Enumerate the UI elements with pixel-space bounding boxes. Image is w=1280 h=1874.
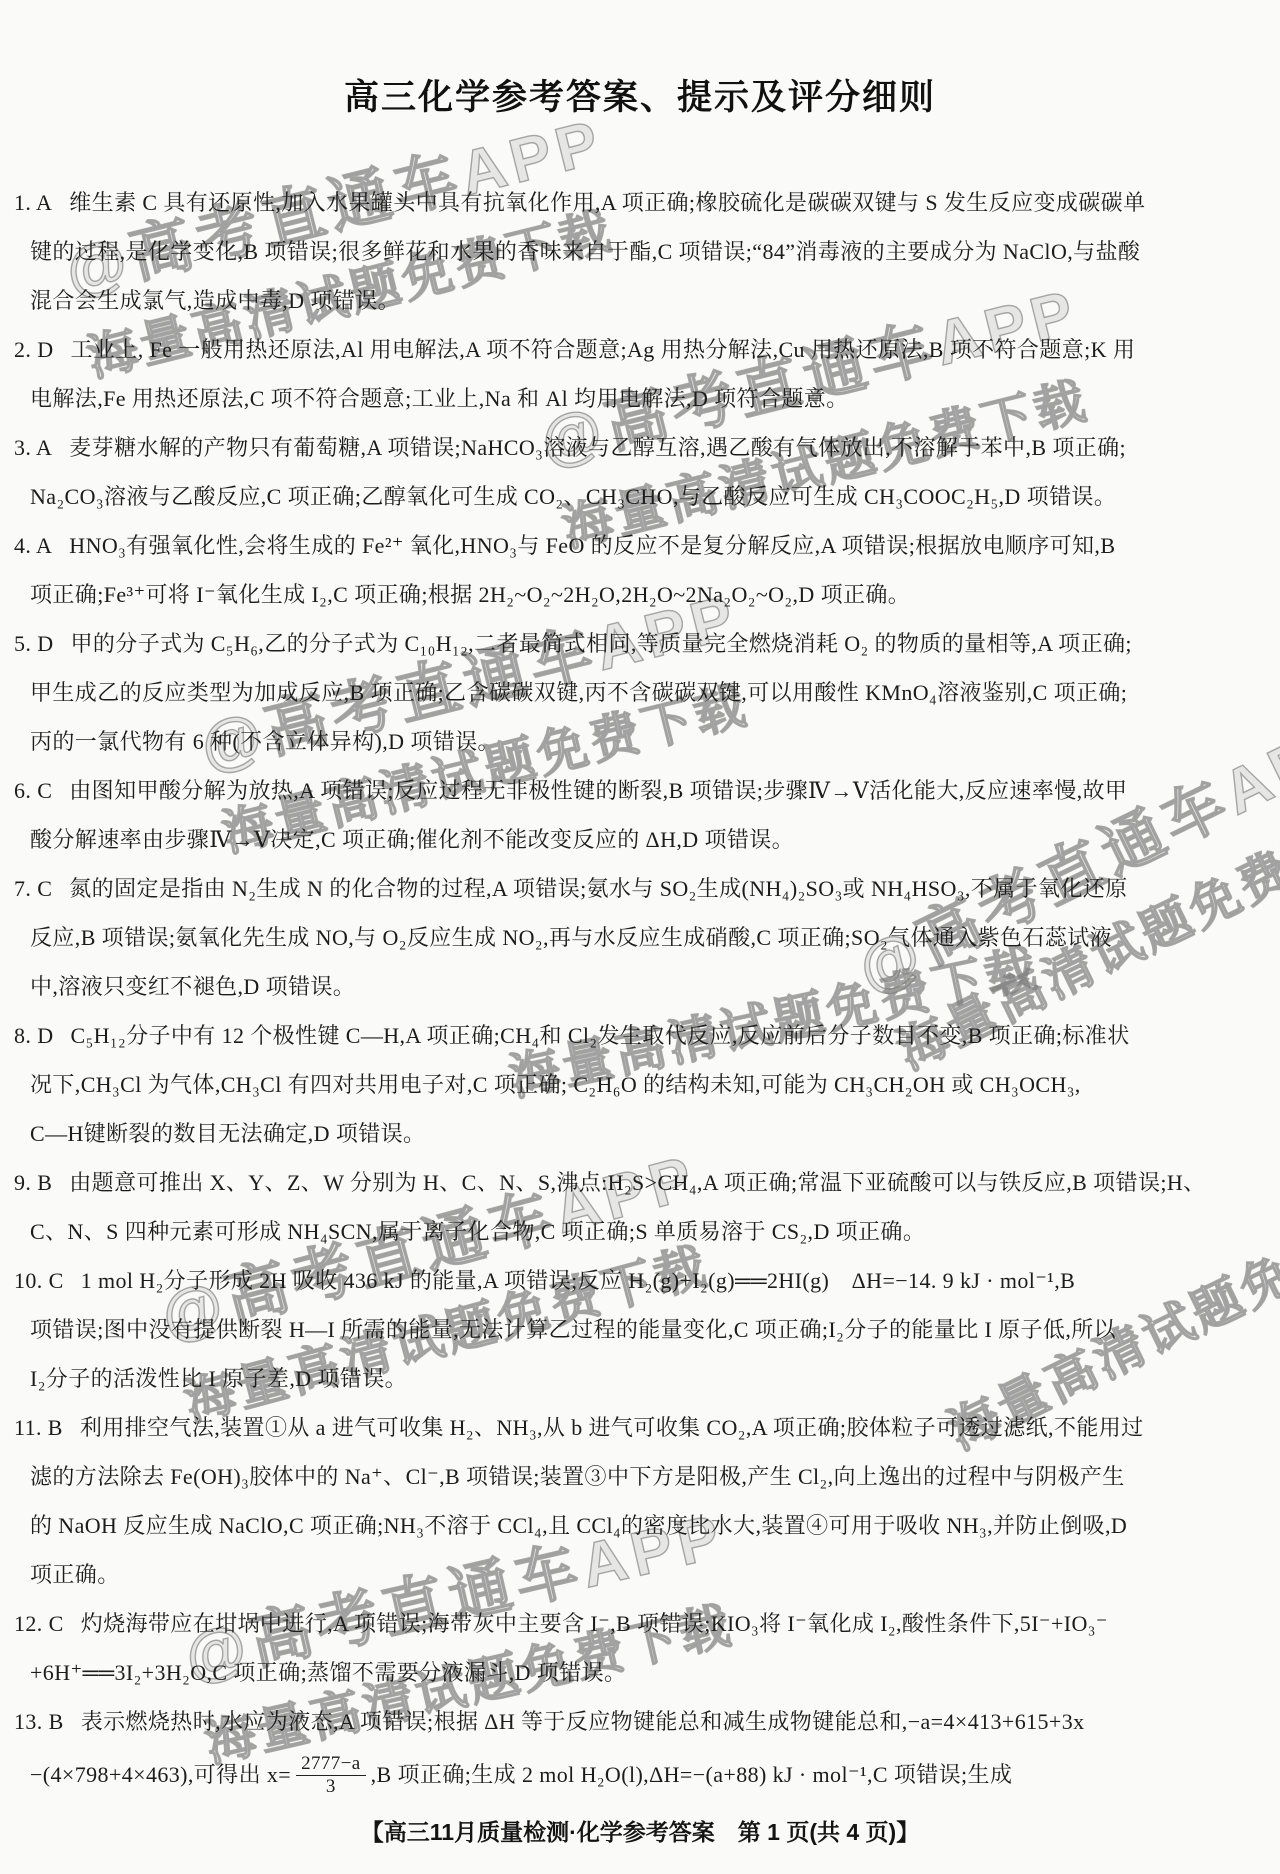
answer-line: I₂分子的活泼性比 I 原子差,D 项错误。 xyxy=(0,1354,1280,1403)
answer-sheet-page: 高三化学参考答案、提示及评分细则 1. A维生素 C 具有还原性,加入水果罐头中… xyxy=(0,0,1280,1874)
answer-text: 表示燃烧热时,水应为液态,A 项错误;根据 ΔH 等于反应物键能总和减生成物键能… xyxy=(81,1709,1085,1734)
answer-line: 11. B利用排空气法,装置①从 a 进气可收集 H₂、NH₃,从 b 进气可收… xyxy=(0,1403,1280,1452)
answer-line: 滤的方法除去 Fe(OH)₃胶体中的 Na⁺、Cl⁻,B 项错误;装置③中下方是… xyxy=(0,1452,1280,1501)
answer-line: 混合会生成氯气,造成中毒,D 项错误。 xyxy=(0,276,1280,325)
answer-line: 8. DC₅H₁₂分子中有 12 个极性键 C—H,A 项正确;CH₄和 Cl₂… xyxy=(0,1011,1280,1060)
fraction-denominator: 3 xyxy=(321,1776,341,1798)
answer-item-8: 8. DC₅H₁₂分子中有 12 个极性键 C—H,A 项正确;CH₄和 Cl₂… xyxy=(0,1011,1280,1158)
answer-number: 6. C xyxy=(14,778,52,803)
answer-line: 10. C1 mol H₂分子形成 2H 吸收 436 kJ 的能量,A 项错误… xyxy=(0,1256,1280,1305)
page-title: 高三化学参考答案、提示及评分细则 xyxy=(0,70,1280,120)
answer-line: 5. D甲的分子式为 C₅H₆,乙的分子式为 C₁₀H₁₂,二者最简式相同,等质… xyxy=(0,619,1280,668)
answer-line: 甲生成乙的反应类型为加成反应,B 项正确;乙含碳碳双键,丙不含碳碳双键,可以用酸… xyxy=(0,668,1280,717)
answer-text: 由题意可推出 X、Y、Z、W 分别为 H、C、N、S,沸点:H₂S>CH₄,A … xyxy=(69,1170,1205,1195)
answer-line: Na₂CO₃溶液与乙酸反应,C 项正确;乙醇氧化可生成 CO₂、CH₃CHO,与… xyxy=(0,472,1280,521)
answer-number: 5. D xyxy=(14,631,54,656)
page-footer: 【高三11月质量检测·化学参考答案 第 1 页(共 4 页)】 xyxy=(0,1814,1280,1847)
answer-line-with-fraction: −(4×798+4×463),可得出 x=2777−a3,B 项正确;生成 2 … xyxy=(0,1746,1280,1804)
answer-line: 电解法,Fe 用热还原法,C 项不符合题意;工业上,Na 和 Al 均用电解法,… xyxy=(0,374,1280,423)
fraction: 2777−a3 xyxy=(296,1753,366,1798)
answer-line: 2. D工业上, Fe 一般用热还原法,Al 用电解法,A 项不符合题意;Ag … xyxy=(0,325,1280,374)
answer-line: 项正确。 xyxy=(0,1550,1280,1599)
answer-item-7: 7. C氮的固定是指由 N₂生成 N 的化合物的过程,A 项错误;氨水与 SO₂… xyxy=(0,864,1280,1011)
answer-item-3: 3. A麦芽糖水解的产物只有葡萄糖,A 项错误;NaHCO₃溶液与乙醇互溶,遇乙… xyxy=(0,423,1280,521)
answer-number: 9. B xyxy=(14,1170,52,1195)
answer-line: 反应,B 项错误;氨氧化先生成 NO,与 O₂反应生成 NO₂,再与水反应生成硝… xyxy=(0,913,1280,962)
answer-item-10: 10. C1 mol H₂分子形成 2H 吸收 436 kJ 的能量,A 项错误… xyxy=(0,1256,1280,1403)
answer-text: 由图知甲酸分解为放热,A 项错误;反应过程无非极性键的断裂,B 项错误;步骤Ⅳ→… xyxy=(69,778,1127,803)
answer-text: 维生素 C 具有还原性,加入水果罐头中具有抗氧化作用,A 项正确;橡胶硫化是碳碳… xyxy=(69,190,1145,215)
answer-line: C—H键断裂的数目无法确定,D 项错误。 xyxy=(0,1109,1280,1158)
answer-text: 利用排空气法,装置①从 a 进气可收集 H₂、NH₃,从 b 进气可收集 CO₂… xyxy=(80,1415,1144,1440)
answer-item-1: 1. A维生素 C 具有还原性,加入水果罐头中具有抗氧化作用,A 项正确;橡胶硫… xyxy=(0,178,1280,325)
answer-line: 3. A麦芽糖水解的产物只有葡萄糖,A 项错误;NaHCO₃溶液与乙醇互溶,遇乙… xyxy=(0,423,1280,472)
answer-text: 1 mol H₂分子形成 2H 吸收 436 kJ 的能量,A 项错误;反应 H… xyxy=(81,1268,1076,1293)
answer-text: 甲的分子式为 C₅H₆,乙的分子式为 C₁₀H₁₂,二者最简式相同,等质量完全燃… xyxy=(71,631,1132,656)
answer-list: 1. A维生素 C 具有还原性,加入水果罐头中具有抗氧化作用,A 项正确;橡胶硫… xyxy=(0,178,1280,1804)
answer-item-5: 5. D甲的分子式为 C₅H₆,乙的分子式为 C₁₀H₁₂,二者最简式相同,等质… xyxy=(0,619,1280,766)
answer-line: 6. C由图知甲酸分解为放热,A 项错误;反应过程无非极性键的断裂,B 项错误;… xyxy=(0,766,1280,815)
answer-line: 键的过程,是化学变化,B 项错误;很多鲜花和水果的香味来自于酯,C 项错误;“8… xyxy=(0,227,1280,276)
answer-number: 2. D xyxy=(14,337,54,362)
answer-text: 麦芽糖水解的产物只有葡萄糖,A 项错误;NaHCO₃溶液与乙醇互溶,遇乙酸有气体… xyxy=(69,435,1126,460)
answer-line: C、N、S 四种元素可形成 NH₄SCN,属于离子化合物,C 项正确;S 单质易… xyxy=(0,1207,1280,1256)
answer-item-2: 2. D工业上, Fe 一般用热还原法,Al 用电解法,A 项不符合题意;Ag … xyxy=(0,325,1280,423)
answer-item-11: 11. B利用排空气法,装置①从 a 进气可收集 H₂、NH₃,从 b 进气可收… xyxy=(0,1403,1280,1599)
answer-number: 13. B xyxy=(14,1709,64,1734)
answer-line: 项错误;图中没有提供断裂 H—I 所需的能量,无法计算乙过程的能量变化,C 项正… xyxy=(0,1305,1280,1354)
answer-number: 4. A xyxy=(14,533,52,558)
answer-number: 7. C xyxy=(14,876,52,901)
answer-line: 9. B由题意可推出 X、Y、Z、W 分别为 H、C、N、S,沸点:H₂S>CH… xyxy=(0,1158,1280,1207)
answer-text: 工业上, Fe 一般用热还原法,Al 用电解法,A 项不符合题意;Ag 用热分解… xyxy=(71,337,1136,362)
answer-item-6: 6. C由图知甲酸分解为放热,A 项错误;反应过程无非极性键的断裂,B 项错误;… xyxy=(0,766,1280,864)
answer-line: 况下,CH₃Cl 为气体,CH₃Cl 有四对共用电子对,C 项正确; C₂H₆O… xyxy=(0,1060,1280,1109)
answer-item-13: 13. B表示燃烧热时,水应为液态,A 项错误;根据 ΔH 等于反应物键能总和减… xyxy=(0,1697,1280,1804)
answer-item-12: 12. C灼烧海带应在坩埚中进行,A 项错误;海带灰中主要含 I⁻,B 项错误;… xyxy=(0,1599,1280,1697)
answer-text: 灼烧海带应在坩埚中进行,A 项错误;海带灰中主要含 I⁻,B 项错误;KIO₃将… xyxy=(81,1611,1108,1636)
answer-item-9: 9. B由题意可推出 X、Y、Z、W 分别为 H、C、N、S,沸点:H₂S>CH… xyxy=(0,1158,1280,1256)
answer-line: 的 NaOH 反应生成 NaClO,C 项正确;NH₃不溶于 CCl₄,且 CC… xyxy=(0,1501,1280,1550)
answer-line: 中,溶液只变红不褪色,D 项错误。 xyxy=(0,962,1280,1011)
answer-line: 12. C灼烧海带应在坩埚中进行,A 项错误;海带灰中主要含 I⁻,B 项错误;… xyxy=(0,1599,1280,1648)
answer-line: 7. C氮的固定是指由 N₂生成 N 的化合物的过程,A 项错误;氨水与 SO₂… xyxy=(0,864,1280,913)
answer-line: 项正确;Fe³⁺可将 I⁻氧化生成 I₂,C 项正确;根据 2H₂~O₂~2H₂… xyxy=(0,570,1280,619)
answer-line: 1. A维生素 C 具有还原性,加入水果罐头中具有抗氧化作用,A 项正确;橡胶硫… xyxy=(0,178,1280,227)
answer-line: 13. B表示燃烧热时,水应为液态,A 项错误;根据 ΔH 等于反应物键能总和减… xyxy=(0,1697,1280,1746)
answer-line: 酸分解速率由步骤Ⅳ→Ⅴ决定,C 项正确;催化剂不能改变反应的 ΔH,D 项错误。 xyxy=(0,815,1280,864)
answer-text: 氮的固定是指由 N₂生成 N 的化合物的过程,A 项错误;氨水与 SO₂生成(N… xyxy=(69,876,1127,901)
answer-text: −(4×798+4×463),可得出 x= xyxy=(30,1746,291,1804)
answer-text: ,B 项正确;生成 2 mol H₂O(l),ΔH=−(a+88) kJ · m… xyxy=(371,1746,1013,1804)
answer-line: 4. AHNO₃有强氧化性,会将生成的 Fe²⁺ 氧化,HNO₃与 FeO 的反… xyxy=(0,521,1280,570)
answer-number: 10. C xyxy=(14,1268,64,1293)
answer-number: 1. A xyxy=(14,190,52,215)
answer-number: 3. A xyxy=(14,435,52,460)
answer-number: 11. B xyxy=(14,1415,63,1440)
answer-text: HNO₃有强氧化性,会将生成的 Fe²⁺ 氧化,HNO₃与 FeO 的反应不是复… xyxy=(69,533,1115,558)
fraction-numerator: 2777−a xyxy=(296,1753,366,1776)
answer-number: 12. C xyxy=(14,1611,64,1636)
answer-text: C₅H₁₂分子中有 12 个极性键 C—H,A 项正确;CH₄和 Cl₂发生取代… xyxy=(71,1023,1130,1048)
answer-item-4: 4. AHNO₃有强氧化性,会将生成的 Fe²⁺ 氧化,HNO₃与 FeO 的反… xyxy=(0,521,1280,619)
answer-line: 丙的一氯代物有 6 种(不含立体异构),D 项错误。 xyxy=(0,717,1280,766)
answer-line: +6H⁺══3I₂+3H₂O,C 项正确;蒸馏不需要分液漏斗,D 项错误。 xyxy=(0,1648,1280,1697)
answer-number: 8. D xyxy=(14,1023,54,1048)
